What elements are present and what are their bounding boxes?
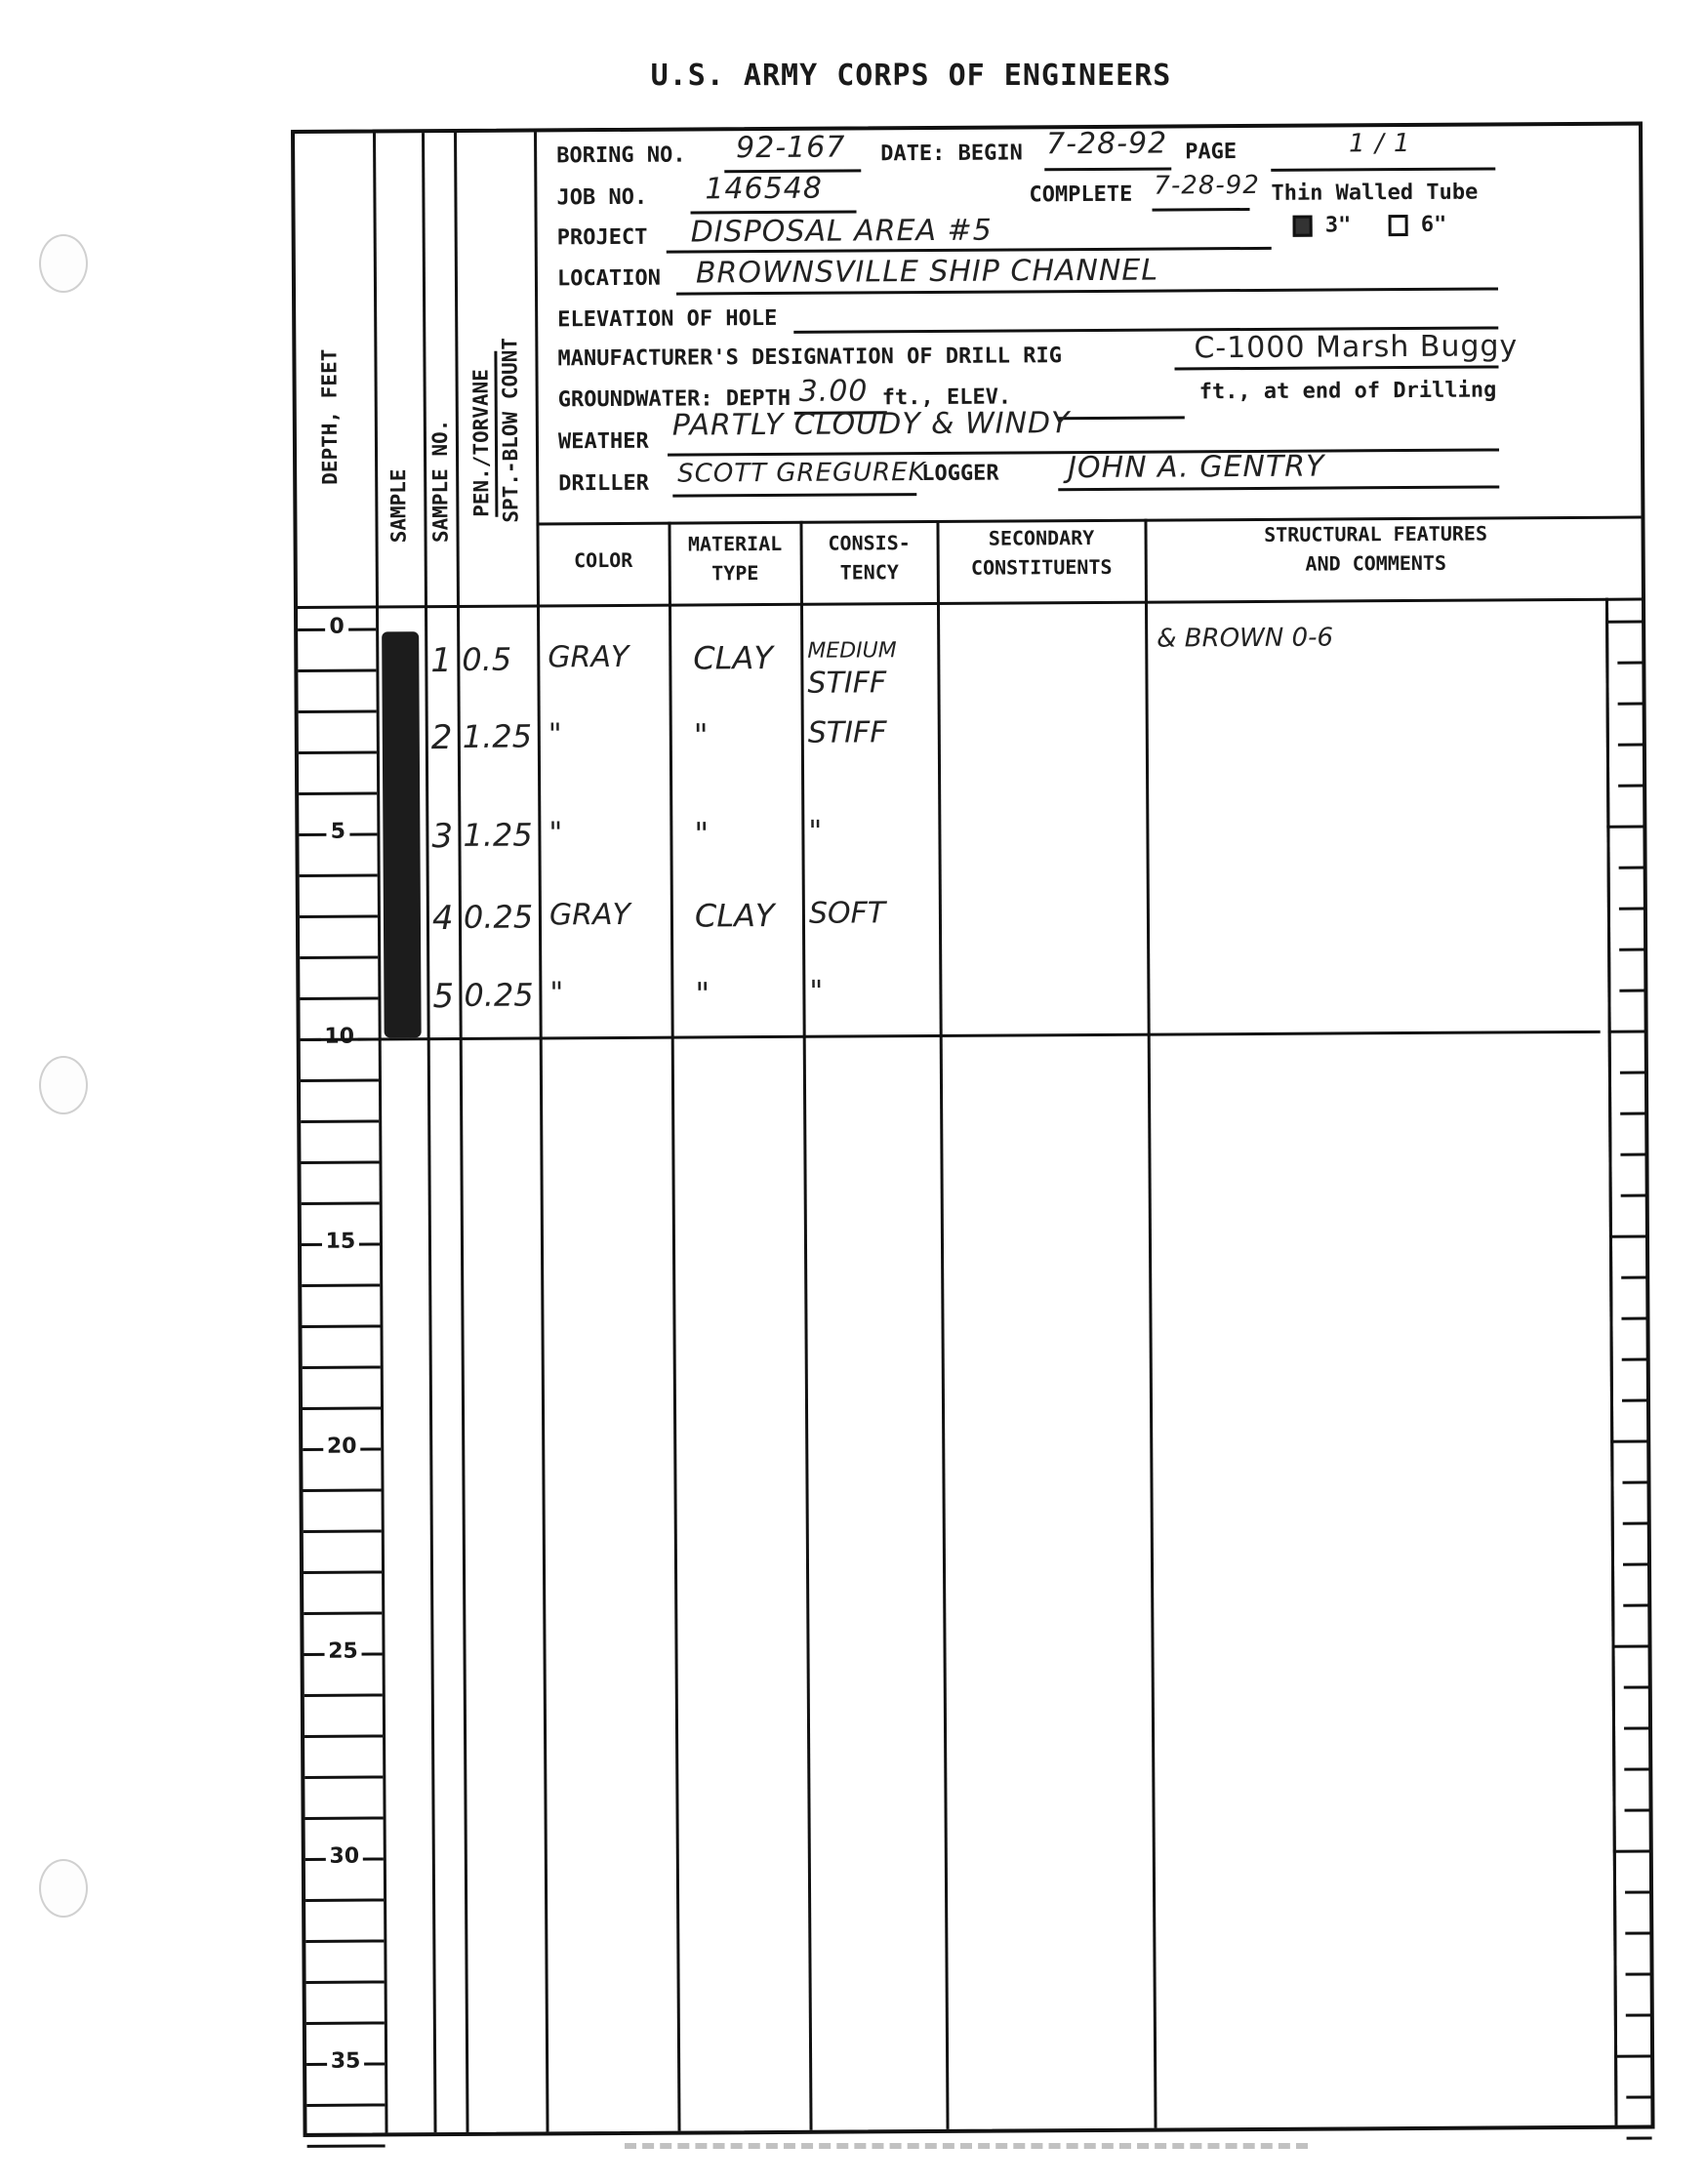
depth-tick <box>303 1365 381 1368</box>
depth-tick <box>298 668 376 671</box>
page-title: U.S. ARMY CORPS OF ENGINEERS <box>0 59 1705 93</box>
right-depth-scale <box>295 126 1639 134</box>
depth-tick <box>302 1201 380 1204</box>
checkbox-empty-icon[interactable] <box>1389 215 1408 236</box>
material-type-cell: CLAY <box>693 639 773 676</box>
weather-value[interactable]: PARTLY CLOUDY & WINDY <box>672 406 1071 442</box>
depth-tick <box>299 709 377 712</box>
depth-label: 25 <box>304 1638 382 1663</box>
sample-interval-bar <box>382 631 422 1037</box>
depth-label: 10 <box>301 1024 379 1048</box>
job-no-value[interactable]: 146548 <box>705 172 823 207</box>
sample-no-column-header: SAMPLE NO. <box>428 396 453 543</box>
date-complete-value[interactable]: 7-28-92 <box>1154 171 1260 201</box>
color-cell: " <box>549 976 563 1010</box>
pen-torvane-cell: 0.25 <box>464 976 533 1013</box>
location-label: LOCATION <box>557 266 661 292</box>
structural-comment: & BROWN 0-6 <box>1157 623 1333 653</box>
drill-rig-value[interactable]: C-1000 Marsh Buggy <box>1194 329 1518 365</box>
logger-label: LOGGER <box>921 462 999 486</box>
depth-tick <box>304 1488 382 1491</box>
divider <box>454 133 469 2132</box>
depth-tick <box>302 1283 380 1286</box>
divider <box>534 132 549 2131</box>
pen-torvane-cell: 0.5 <box>462 640 511 677</box>
depth-column-header: DEPTH, FEET <box>317 290 343 544</box>
sample-rows: 10.5GRAYCLAYMEDIUMSTIFF21.25""STIFF31.25… <box>295 126 1639 134</box>
tube-6in-option[interactable]: 6" <box>1389 213 1447 237</box>
secondary-constituents-column-header: SECONDARYCONSTITUENTS <box>938 523 1144 583</box>
consistency-cell: SOFT <box>809 896 885 930</box>
structural-features-column-header: STRUCTURAL FEATURESAND COMMENTS <box>1146 518 1604 580</box>
material-type-column-header: MATERIALTYPE <box>670 529 800 588</box>
divider <box>936 520 949 2129</box>
material-type-cell: CLAY <box>695 897 775 934</box>
depth-tick <box>299 750 377 753</box>
sample-no-cell: 3 <box>431 817 453 856</box>
tube-3in-option[interactable]: 3" <box>1293 213 1352 237</box>
depth-label: 0 <box>298 614 376 638</box>
pen-torvane-cell: 0.25 <box>464 899 533 936</box>
elevation-label: ELEVATION OF HOLE <box>557 306 777 332</box>
spt-blow-count-column-header: SPT.-BLOW COUNT <box>498 328 522 523</box>
checkbox-checked-icon[interactable] <box>1293 216 1313 237</box>
sample-no-cell: 4 <box>432 899 454 938</box>
depth-tick <box>300 996 378 999</box>
color-cell: GRAY <box>548 639 629 674</box>
consistency-column-header: CONSIS-TENCY <box>802 528 937 587</box>
consistency-cell: STIFF <box>807 666 886 700</box>
color-cell: " <box>548 718 562 752</box>
sample-no-cell: 5 <box>432 977 454 1016</box>
groundwater-depth-value[interactable]: 3.00 <box>799 374 869 408</box>
color-cell: " <box>548 817 562 851</box>
depth-label: 35 <box>306 2048 385 2073</box>
boring-log-form: DEPTH, FEET SAMPLE SAMPLE NO. PEN./TORVA… <box>291 122 1655 2137</box>
depth-tick <box>301 1078 379 1081</box>
depth-tick <box>307 2144 386 2147</box>
pen-torvane-column-header: PEN./TORVANE <box>468 351 498 517</box>
punch-hole <box>39 234 88 293</box>
driller-value[interactable]: SCOTT GREGUREK <box>677 458 926 489</box>
page-value: 1 / 1 <box>1349 129 1411 158</box>
job-no-label: JOB NO. <box>556 185 647 211</box>
boring-no-value[interactable]: 92-167 <box>736 131 845 166</box>
date-begin-value[interactable]: 7-28-92 <box>1046 127 1167 162</box>
driller-label: DRILLER <box>558 471 649 497</box>
depth-label: 30 <box>305 1843 384 1868</box>
divider <box>668 522 680 2131</box>
depth-tick <box>304 1529 382 1532</box>
depth-tick <box>301 1160 379 1163</box>
project-value[interactable]: DISPOSAL AREA #5 <box>691 214 993 250</box>
punch-hole <box>39 1056 88 1114</box>
location-value[interactable]: BROWNSVILLE SHIP CHANNEL <box>696 254 1158 291</box>
depth-tick <box>300 955 378 958</box>
depth-label: 20 <box>303 1434 381 1458</box>
punch-hole <box>39 1859 88 1918</box>
consistency-cell: " <box>808 815 822 849</box>
divider <box>799 521 812 2130</box>
sample-no-cell: 1 <box>430 641 452 680</box>
depth-tick <box>300 873 378 876</box>
depth-tick <box>304 1611 382 1614</box>
weather-label: WEATHER <box>558 429 649 455</box>
depth-tick <box>304 1775 383 1778</box>
pen-torvane-cell: 1.25 <box>463 817 532 854</box>
consistency-cell: MEDIUM <box>807 638 897 664</box>
material-type-cell: " <box>694 816 709 853</box>
consistency-cell: STIFF <box>808 716 887 750</box>
date-begin-label: DATE: BEGIN <box>880 141 1023 166</box>
depth-tick <box>306 2103 385 2106</box>
boring-no-label: BORING NO. <box>556 143 686 169</box>
logger-value[interactable]: JOHN A. GENTRY <box>1068 450 1325 486</box>
depth-tick <box>300 914 378 917</box>
sample-no-cell: 2 <box>431 718 453 757</box>
material-type-cell: " <box>694 717 709 754</box>
depth-tick <box>305 1816 384 1819</box>
drill-rig-label: MANUFACTURER'S DESIGNATION OF DRILL RIG <box>557 344 1062 371</box>
pen-torvane-cell: 1.25 <box>463 718 532 755</box>
color-column-header: COLOR <box>539 546 669 576</box>
depth-scale: 05101520253035 <box>295 126 1639 134</box>
depth-tick <box>301 1119 379 1122</box>
end-of-drilling-label: ft., at end of Drilling <box>1199 378 1497 404</box>
depth-tick <box>306 1980 385 1983</box>
depth-tick <box>304 1734 383 1737</box>
depth-label: 15 <box>302 1229 380 1253</box>
sample-column-header: SAMPLE <box>386 425 411 543</box>
depth-tick <box>304 1693 383 1696</box>
project-label: PROJECT <box>557 225 648 251</box>
thin-walled-tube-label: Thin Walled Tube <box>1271 181 1478 206</box>
depth-label: 5 <box>299 819 377 843</box>
depth-tick <box>306 2021 385 2024</box>
complete-label: COMPLETE <box>1029 182 1132 208</box>
consistency-cell: " <box>809 975 823 1009</box>
footer-cutoff-text <box>625 2143 1308 2163</box>
divider <box>1144 519 1157 2128</box>
depth-tick <box>303 1406 381 1409</box>
depth-tick <box>299 791 377 794</box>
depth-tick <box>305 1898 384 1901</box>
depth-tick <box>305 1939 384 1942</box>
depth-tick <box>304 1570 382 1573</box>
material-type-cell: " <box>695 975 710 1012</box>
page-label: PAGE <box>1185 140 1237 164</box>
end-of-boring-line <box>301 1031 1601 1041</box>
depth-tick <box>302 1324 380 1327</box>
divider <box>298 598 1642 609</box>
color-cell: GRAY <box>549 898 630 933</box>
